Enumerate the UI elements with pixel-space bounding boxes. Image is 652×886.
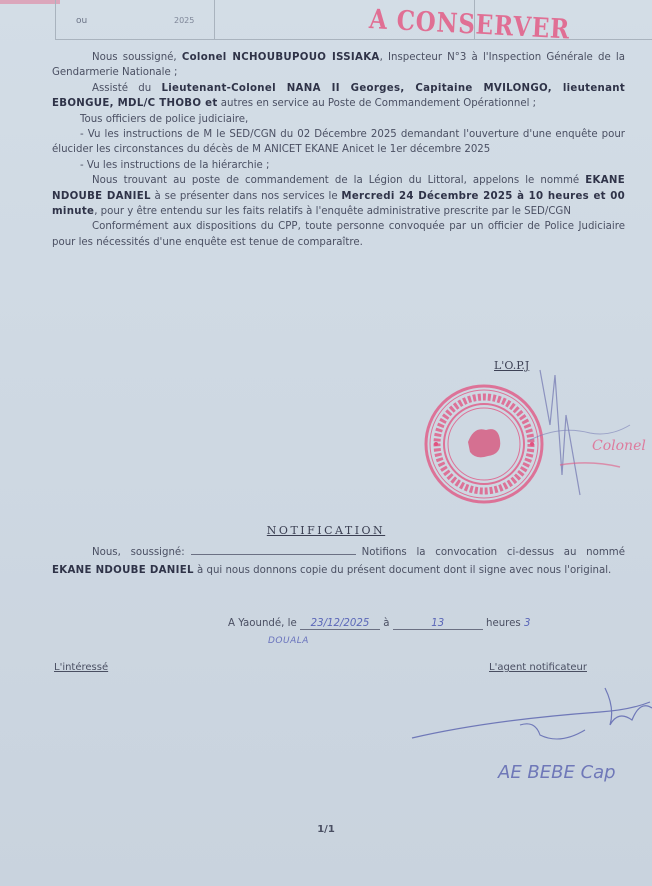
header-ou-label: ou [76, 16, 87, 26]
red-stamp-edge [0, 0, 60, 4]
convocation-document: ou 2025 A CONSERVER Nous soussigné, Colo… [0, 0, 652, 886]
place-date-line: A Yaoundé, le 23/12/2025 à 13 heures 3 [228, 618, 530, 630]
p2-rest: autres en service au Poste de Commandeme… [218, 98, 537, 109]
hours-label: heures [486, 618, 521, 629]
agent-signature-icon: AE BEBE Cap [400, 680, 652, 790]
table-divider [214, 0, 215, 39]
handwritten-date: 23/12/2025 [300, 618, 380, 630]
notifier-name-blank [191, 544, 356, 555]
notification-title: NOTIFICATION [0, 524, 652, 537]
p6-intro: Nous trouvant au poste de commandement d… [92, 175, 585, 186]
agent-label: L'agent notificateur [489, 662, 587, 673]
p6-rest: , pour y être entendu sur les faits rela… [94, 206, 571, 217]
handwritten-place: DOUALA [268, 636, 309, 646]
notified-name: EKANE NDOUBE DANIEL [52, 565, 194, 576]
interested-label: L'intéressé [54, 662, 108, 673]
p5: - Vu les instructions de la hiérarchie ; [52, 158, 625, 173]
place-prefix: A Yaoundé, le [228, 618, 297, 629]
p1-intro: Nous soussigné, [92, 52, 182, 63]
p2-intro: Assisté du [92, 83, 161, 94]
convocation-body: Nous soussigné, Colonel NCHOUBUPOUO ISSI… [52, 50, 625, 250]
handwritten-minutes: 3 [524, 618, 530, 629]
page-number: 1/1 [0, 824, 652, 835]
svg-text:Colonel: Colonel [592, 438, 646, 454]
notif-line2-rest: à qui nous donnons copie du présent docu… [194, 565, 612, 576]
p3: Tous officiers de police judiciaire, [52, 112, 625, 127]
p4: - Vu les instructions de M le SED/CGN du… [52, 127, 625, 158]
header-year: 2025 [174, 16, 194, 25]
opj-signature-icon: Colonel [520, 365, 652, 505]
p6-mid: à se présenter dans nos services le [151, 191, 342, 202]
p7: Conformément aux dispositions du CPP, to… [52, 219, 625, 250]
notif-line1-rest: Notifions la convocation ci-dessus au no… [362, 547, 625, 558]
inspector-name: Colonel NCHOUBUPOUO ISSIAKA [182, 52, 380, 63]
notification-body: Nous, soussigné:Notifions la convocation… [52, 544, 625, 579]
at-label: à [383, 618, 389, 629]
svg-text:AE BEBE Cap: AE BEBE Cap [497, 762, 616, 783]
handwritten-hour: 13 [393, 618, 483, 630]
notif-intro: Nous, soussigné: [92, 547, 185, 558]
